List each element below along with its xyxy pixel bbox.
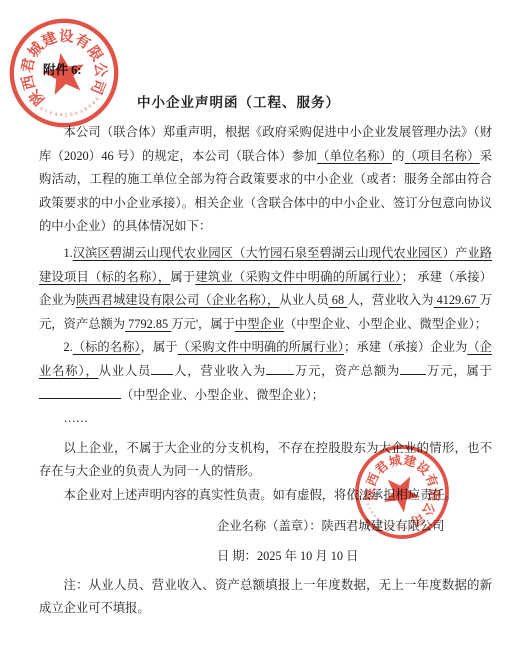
- document-body: 本公司（联合体）郑重声明，根据《政府采购促进中小企业发展管理办法》（财库（202…: [39, 121, 492, 621]
- document-content: 附件 6: 中小企业声明函（工程、服务） 本公司（联合体）郑重声明，根据《政府采…: [39, 0, 492, 621]
- text-run: 属于: [170, 270, 195, 284]
- note-paragraph: 注：从业人员、营业收入、资产总额填报上一年度数据，无上一年度数据的新成立企业可不…: [39, 574, 492, 621]
- blank-underline: [266, 361, 294, 375]
- text-run: 万元，属于: [426, 364, 492, 378]
- document-page: 附件 6: 中小企业声明函（工程、服务） 本公司（联合体）郑重声明，根据《政府采…: [0, 0, 529, 666]
- text-run: 1.: [64, 246, 73, 260]
- text-run: 从业人员: [279, 293, 328, 307]
- text-run: 注：从业人员、营业收入、资产总额填报上一年度数据，无上一年度数据的新成立企业可不…: [39, 578, 492, 616]
- text-run: 人，营业收入为: [347, 293, 433, 307]
- no-large-enterprise-paragraph: 以上企业，不属于大企业的分支机构，不存在控股股东为大企业的情形，也不存在与大企业…: [39, 437, 492, 484]
- filled-blank-text: 建筑业（采购文件中明确的所属行业）: [195, 270, 401, 284]
- text-run: 2.: [64, 340, 73, 354]
- filled-blank-text: 4129.67: [433, 293, 479, 307]
- blank-underline: [39, 385, 121, 399]
- text-run: 日 期：2025 年 10 月 10 日: [217, 549, 358, 563]
- filled-blank-text: （单位名称）: [317, 149, 392, 163]
- filled-blank-text: 中型企业: [235, 317, 284, 331]
- svg-text:君: 君: [19, 56, 39, 74]
- svg-text:西: 西: [19, 73, 39, 92]
- text-run: 以上企业，不属于大企业的分支机构，不存在控股股东为大企业的情形，也不存在与大企业…: [39, 441, 492, 479]
- text-run: （中型企业、小型企业、微型企业）；: [284, 317, 487, 331]
- text-run: （中型企业、小型企业、微型企业）；: [121, 388, 324, 402]
- ellipsis-paragraph: ……: [39, 407, 492, 431]
- text-run: 企业名称（盖章）：陕西君城建设有限公司: [217, 519, 445, 533]
- text-run: 的: [392, 149, 405, 163]
- company-name-line: 企业名称（盖章）：陕西君城建设有限公司: [217, 515, 492, 539]
- date-line: 日 期：2025 年 10 月 10 日: [217, 545, 492, 569]
- attachment-label: 附件 6:: [43, 63, 492, 77]
- filled-blank-text: 陕西君城建设有限公司（企业名称），: [76, 293, 279, 307]
- text-run: 万元'，属于: [171, 317, 235, 331]
- text-run: ……: [64, 411, 89, 425]
- text-run: 万元，资产总额为: [294, 364, 400, 378]
- filled-blank-text: （采购文件中明确的所属行业）: [178, 340, 344, 354]
- intro-paragraph: 本公司（联合体）郑重声明，根据《政府采购促进中小企业发展管理办法》（财库（202…: [39, 121, 492, 239]
- text-run: ，属于: [141, 340, 178, 354]
- responsibility-paragraph: 本企业对上述声明内容的真实性负责。如有虚假，将依法承担相应责任。: [39, 484, 492, 508]
- item-2-paragraph: 2.（标的名称），属于（采购文件中明确的所属行业）；承建（承接）企业为（企业名称…: [39, 336, 492, 407]
- document-title: 中小企业声明函（工程、服务）: [39, 94, 492, 112]
- blank-underline: [151, 361, 173, 375]
- text-run: 人，营业收入为: [173, 364, 266, 378]
- filled-blank-text: 68: [329, 293, 348, 307]
- text-run: 本企业对上述声明内容的真实性负责。如有虚假，将依法承担相应责任。: [64, 488, 458, 502]
- blank-underline: [400, 361, 426, 375]
- item-1-paragraph: 1.汉滨区碧湖云山现代农业园区（大竹园石泉至碧湖云山现代农业园区）产业路建设项目…: [39, 242, 492, 336]
- filled-blank-text: （标的名称）: [73, 340, 141, 354]
- text-run: 从业人员: [99, 364, 152, 378]
- text-run: ；承建（承接）企业为: [344, 340, 467, 354]
- filled-blank-text: 7792.85: [125, 317, 171, 331]
- filled-blank-text: （项目名称）: [405, 149, 480, 163]
